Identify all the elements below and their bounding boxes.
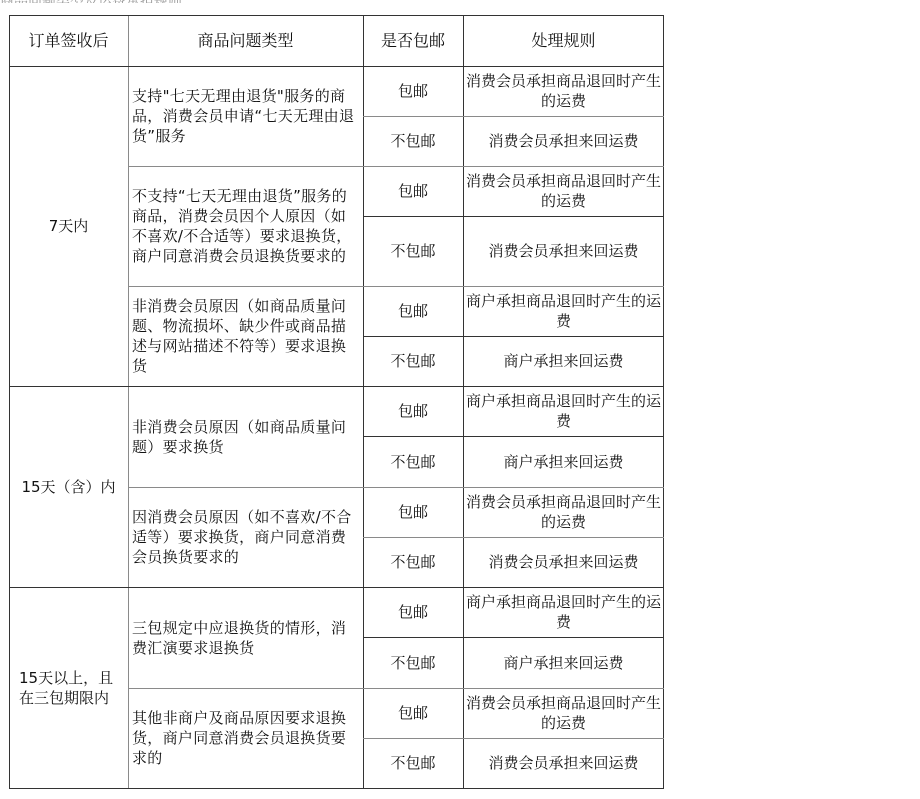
grid-line-horizontal [128, 688, 664, 689]
header-period: 订单签收后 [9, 15, 128, 66]
grid-line-horizontal [363, 436, 664, 437]
grid-line-horizontal [128, 487, 664, 488]
rule-cell: 商户承担来回运费 [463, 336, 664, 386]
free-shipping-cell: 不包邮 [363, 336, 463, 386]
rule-cell: 商户承担来回运费 [463, 436, 664, 487]
grid-line-horizontal [363, 537, 664, 538]
grid-line-horizontal [363, 336, 664, 337]
rule-cell: 消费会员承担来回运费 [463, 738, 664, 788]
grid-line-horizontal [9, 386, 664, 387]
rule-cell: 消费会员承担商品退回时产生的运费 [463, 66, 664, 116]
period-cell: 7天内 [9, 66, 128, 386]
rule-cell: 消费会员承担商品退回时产生的运费 [463, 487, 664, 537]
grid-line-horizontal [9, 788, 664, 789]
issue-type-cell: 因消费会员原因（如不喜欢/不合适等）要求换货，商户同意消费会员换货要求的 [128, 487, 363, 587]
free-shipping-cell: 包邮 [363, 166, 463, 216]
free-shipping-cell: 不包邮 [363, 637, 463, 688]
header-rule: 处理规则 [463, 15, 664, 66]
issue-type-cell: 三包规定中应退换货的情形，消费汇演要求退换货 [128, 587, 363, 688]
free-shipping-cell: 不包邮 [363, 116, 463, 166]
grid-line-horizontal [128, 286, 664, 287]
free-shipping-cell: 不包邮 [363, 537, 463, 587]
rule-cell: 消费会员承担来回运费 [463, 537, 664, 587]
grid-line-vertical [663, 15, 664, 788]
issue-type-cell: 非消费会员原因（如商品质量问题、物流损坏、缺少件或商品描述与网站描述不符等）要求… [128, 286, 363, 386]
free-shipping-cell: 包邮 [363, 386, 463, 436]
header-free-shipping: 是否包邮 [363, 15, 463, 66]
free-shipping-cell: 包邮 [363, 66, 463, 116]
grid-line-horizontal [363, 637, 664, 638]
free-shipping-cell: 包邮 [363, 688, 463, 738]
grid-line-vertical [463, 15, 464, 788]
grid-line-horizontal [363, 116, 664, 117]
rule-cell: 商户承担来回运费 [463, 637, 664, 688]
free-shipping-cell: 包邮 [363, 587, 463, 637]
rule-cell: 消费会员承担来回运费 [463, 216, 664, 286]
rule-cell: 消费会员承担商品退回时产生的运费 [463, 166, 664, 216]
period-cell: 15天（含）内 [9, 386, 128, 587]
grid-line-horizontal [363, 738, 664, 739]
rule-cell: 商户承担商品退回时产生的运费 [463, 286, 664, 336]
issue-type-cell: 非消费会员原因（如商品质量问题）要求换货 [128, 386, 363, 487]
rule-cell: 消费会员承担商品退回时产生的运费 [463, 688, 664, 738]
header-issue-type: 商品问题类型 [128, 15, 363, 66]
issue-type-cell: 其他非商户及商品原因要求退换货，商户同意消费会员退换货要求的 [128, 688, 363, 788]
free-shipping-cell: 不包邮 [363, 436, 463, 487]
grid-line-horizontal [9, 15, 664, 16]
grid-line-vertical [128, 15, 129, 788]
grid-line-horizontal [9, 587, 664, 588]
grid-line-vertical [363, 15, 364, 788]
cropped-caption: 商品问题类型及运费承担规则 [0, 0, 182, 3]
grid-line-horizontal [363, 216, 664, 217]
free-shipping-cell: 包邮 [363, 487, 463, 537]
grid-line-horizontal [128, 166, 664, 167]
free-shipping-cell: 包邮 [363, 286, 463, 336]
grid-line-vertical [9, 15, 10, 788]
free-shipping-cell: 不包邮 [363, 738, 463, 788]
grid-line-horizontal [9, 66, 664, 67]
rule-cell: 商户承担商品退回时产生的运费 [463, 386, 664, 436]
issue-type-cell: 不支持“七天无理由退货”服务的商品，消费会员因个人原因（如不喜欢/不合适等）要求… [128, 166, 363, 286]
issue-type-cell: 支持"七天无理由退货"服务的商品，消费会员申请“七天无理由退货”服务 [128, 66, 363, 166]
rule-cell: 商户承担商品退回时产生的运费 [463, 587, 664, 637]
period-cell: 15天以上，且在三包期限内 [9, 587, 128, 788]
free-shipping-cell: 不包邮 [363, 216, 463, 286]
rule-cell: 消费会员承担来回运费 [463, 116, 664, 166]
